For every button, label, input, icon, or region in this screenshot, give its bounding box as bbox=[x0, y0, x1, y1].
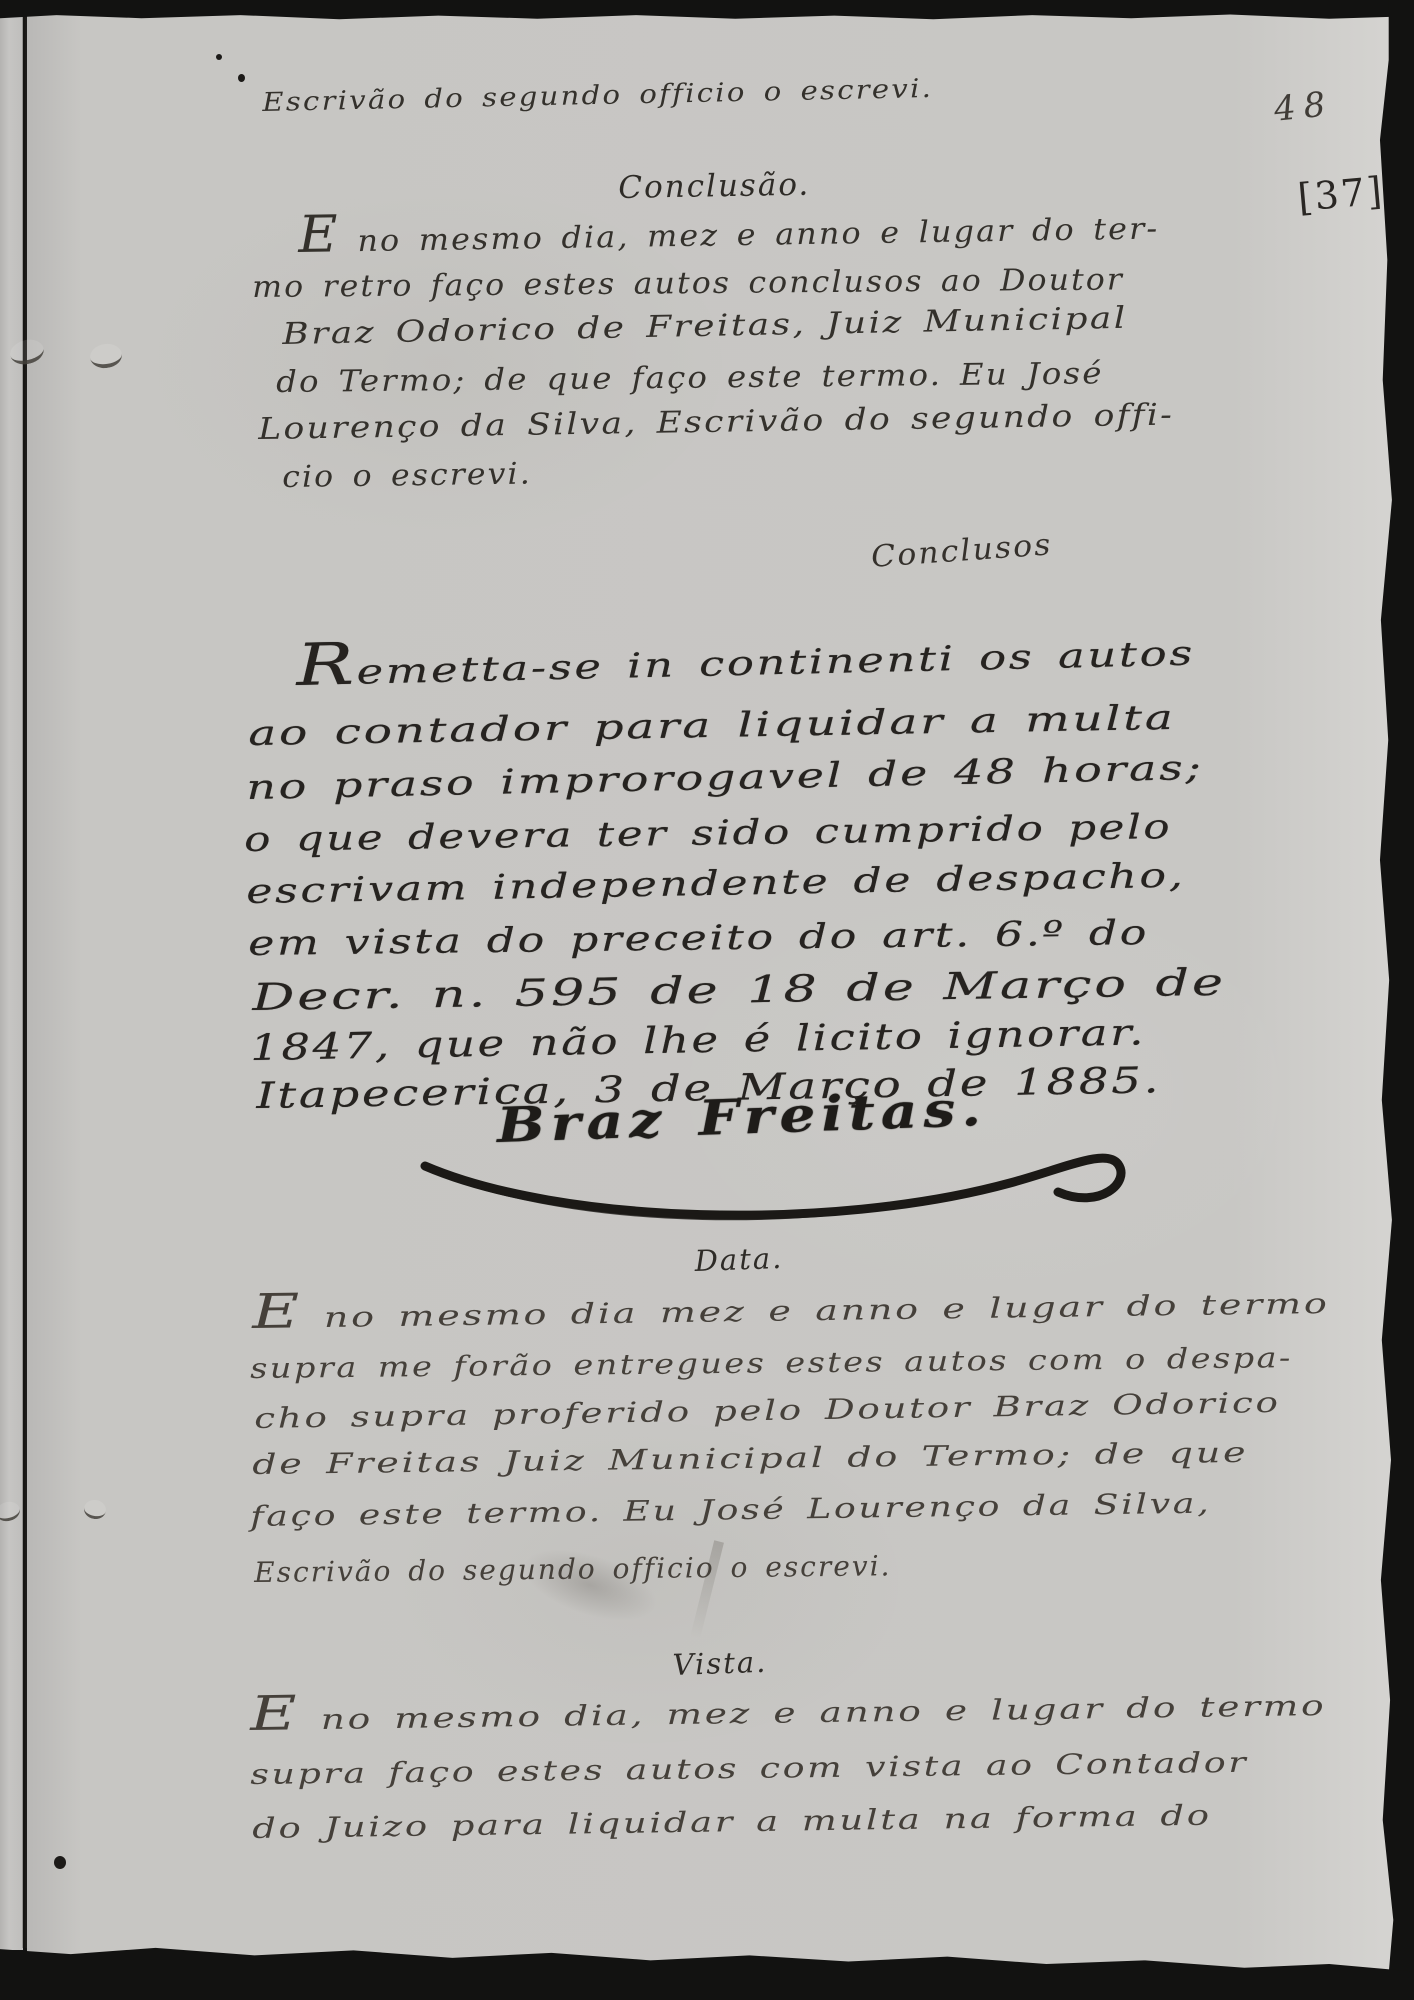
ink-dot bbox=[216, 54, 222, 60]
scanned-manuscript: 48 [37] Escrivão do segundo officio o es… bbox=[0, 0, 1414, 2000]
archival-stamp-number: [37] bbox=[1296, 169, 1386, 220]
section-heading-vista: Vista. bbox=[672, 1645, 768, 1682]
folio-number: 48 bbox=[1272, 84, 1335, 130]
ink-dot bbox=[238, 74, 245, 82]
signature-flourish bbox=[400, 1128, 1170, 1238]
manuscript-line: cio o escrevi. bbox=[282, 457, 532, 495]
adjacent-page-sliver bbox=[0, 14, 23, 1950]
section-heading-conclusao: Conclusão. bbox=[618, 167, 811, 206]
section-heading-data: Data. bbox=[694, 1241, 784, 1278]
manuscript-line: Escrivão do segundo officio o escrevi. bbox=[254, 1549, 892, 1589]
ink-blot bbox=[54, 1856, 66, 1869]
